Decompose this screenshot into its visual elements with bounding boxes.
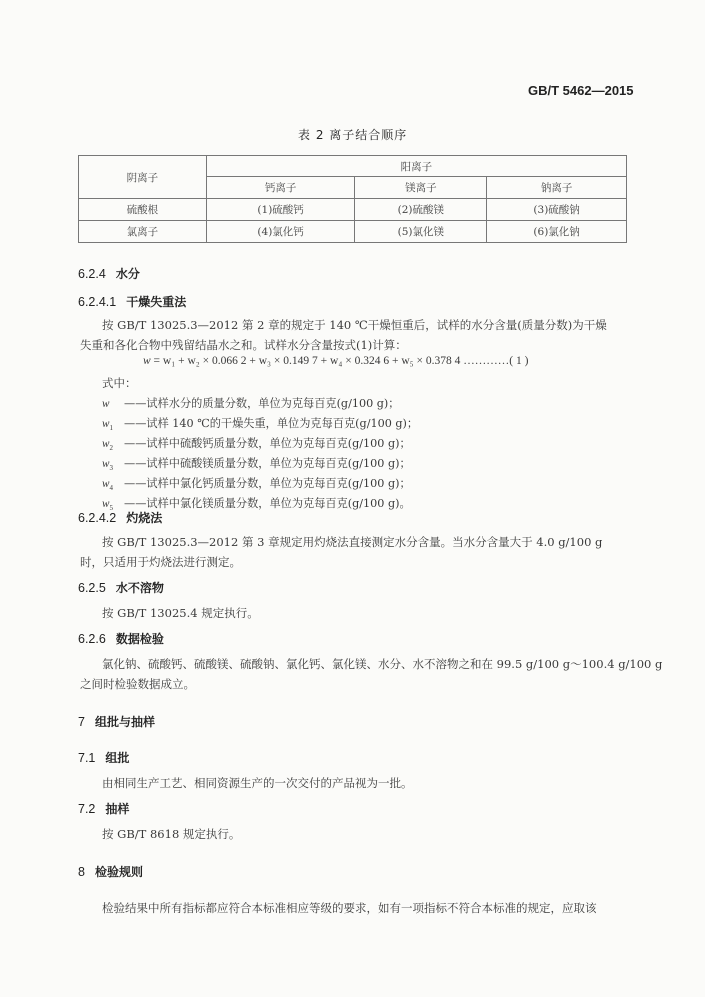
paragraph-line: 时，只适用于灼烧法进行测定。: [80, 552, 241, 572]
section-number: 7: [78, 715, 85, 729]
column-header-calcium: 钙离子: [206, 177, 355, 199]
symbol: w2: [102, 438, 124, 452]
table-cell: (3)硫酸钠: [487, 199, 627, 221]
definition-item: w3——试样中硫酸镁质量分数，单位为克每百克(g/100 g)；: [102, 455, 411, 472]
definition-item: w1——试样 140 ℃的干燥失重，单位为克每百克(g/100 g)；: [102, 415, 418, 432]
section-heading-8: 8检验规则: [78, 863, 143, 880]
section-heading-6-2-4-1: 6.2.4.1干燥失重法: [78, 293, 186, 310]
section-title: 组批: [105, 751, 129, 765]
section-heading-6-2-4-2: 6.2.4.2灼烧法: [78, 509, 162, 526]
table-cell: (6)氯化钠: [487, 221, 627, 243]
paragraph: 按 GB/T 8618 规定执行。: [102, 824, 240, 844]
table-cell: (4)氯化钙: [206, 221, 355, 243]
definition-text: ——试样水分的质量分数，单位为克每百克(g/100 g)；: [124, 397, 399, 410]
table-cell: (1)硫酸钙: [206, 199, 355, 221]
symbol: w1: [102, 418, 124, 432]
section-title: 干燥失重法: [126, 295, 186, 309]
row-header-chloride: 氯离子: [79, 221, 207, 243]
section-title: 数据检验: [116, 632, 164, 646]
section-heading-6-2-6: 6.2.6数据检验: [78, 630, 164, 647]
table-cell: (2)硫酸镁: [355, 199, 487, 221]
column-header-magnesium: 镁离子: [355, 177, 487, 199]
definition-item: w——试样水分的质量分数，单位为克每百克(g/100 g)；: [102, 395, 399, 412]
definition-item: w2——试样中硫酸钙质量分数，单位为克每百克(g/100 g)；: [102, 435, 411, 452]
definition-text: ——试样中氯化镁质量分数，单位为克每百克(g/100 g)。: [124, 497, 411, 510]
definition-text: ——试样 140 ℃的干燥失重，单位为克每百克(g/100 g)；: [124, 417, 418, 430]
paragraph-line: 氯化钠、硫酸钙、硫酸镁、硫酸钠、氯化钙、氯化镁、水分、水不溶物之和在 99.5 …: [102, 654, 662, 674]
definition-text: ——试样中硫酸镁质量分数，单位为克每百克(g/100 g)；: [124, 457, 411, 470]
table-row: 氯离子 (4)氯化钙 (5)氯化镁 (6)氯化钠: [79, 221, 627, 243]
table-row: 硫酸根 (1)硫酸钙 (2)硫酸镁 (3)硫酸钠: [79, 199, 627, 221]
section-heading-6-2-4: 6.2.4水分: [78, 265, 140, 282]
where-label: 式中：: [102, 373, 137, 393]
cation-header: 阳离子: [206, 156, 626, 177]
definition-text: ——试样中氯化钙质量分数，单位为克每百克(g/100 g)；: [124, 477, 411, 490]
formula-lhs: w: [143, 355, 151, 367]
ion-combination-table: 阴离子 阳离子 钙离子 镁离子 钠离子 硫酸根 (1)硫酸钙 (2)硫酸镁 (3…: [78, 155, 627, 243]
paragraph: 由相同生产工艺、相同资源生产的一次交付的产品视为一批。: [102, 773, 413, 793]
section-title: 抽样: [105, 802, 129, 816]
formula-rhs: = w₁ + w₂ × 0.066 2 + w₃ × 0.149 7 + w₄ …: [154, 355, 461, 367]
standard-number-header: GB/T 5462—2015: [528, 83, 634, 98]
formula-label: ( 1 ): [509, 355, 528, 367]
section-title: 检验规则: [95, 865, 143, 879]
row-header-sulfate: 硫酸根: [79, 199, 207, 221]
section-number: 6.2.4.1: [78, 295, 116, 309]
section-number: 7.2: [78, 802, 95, 816]
paragraph-line: 按 GB/T 13025.3—2012 第 2 章的规定于 140 ℃干燥恒重后…: [102, 315, 607, 335]
formula-1: w = w₁ + w₂ × 0.066 2 + w₃ × 0.149 7 + w…: [143, 355, 528, 367]
section-title: 水不溶物: [116, 581, 164, 595]
section-title: 灼烧法: [126, 511, 162, 525]
section-number: 6.2.5: [78, 581, 106, 595]
paragraph: 检验结果中所有指标都应符合本标准相应等级的要求，如有一项指标不符合本标准的规定，…: [102, 898, 597, 918]
section-number: 6.2.4.2: [78, 511, 116, 525]
paragraph: 按 GB/T 13025.4 规定执行。: [102, 603, 259, 623]
paragraph-line: 按 GB/T 13025.3—2012 第 3 章规定用灼烧法直接测定水分含量。…: [102, 532, 602, 552]
definition-item: w4——试样中氯化钙质量分数，单位为克每百克(g/100 g)；: [102, 475, 411, 492]
paragraph-line: 之间时检验数据成立。: [80, 674, 195, 694]
section-number: 6.2.4: [78, 267, 106, 281]
section-title: 组批与抽样: [95, 715, 155, 729]
section-title: 水分: [116, 267, 140, 281]
paragraph-line: 失重和各化合物中残留结晶水之和。试样水分含量按式(1)计算：: [80, 335, 407, 355]
definition-text: ——试样中硫酸钙质量分数，单位为克每百克(g/100 g)；: [124, 437, 411, 450]
section-number: 8: [78, 865, 85, 879]
symbol: w4: [102, 478, 124, 492]
symbol: w: [102, 398, 124, 412]
section-number: 7.1: [78, 751, 95, 765]
section-heading-7: 7组批与抽样: [78, 713, 155, 730]
section-number: 6.2.6: [78, 632, 106, 646]
formula-leader: …………: [463, 355, 509, 367]
symbol: w3: [102, 458, 124, 472]
anion-header: 阴离子: [79, 156, 207, 199]
table-caption: 表 2 离子结合顺序: [298, 126, 407, 143]
section-heading-7-1: 7.1组批: [78, 749, 129, 766]
section-heading-7-2: 7.2抽样: [78, 800, 129, 817]
section-heading-6-2-5: 6.2.5水不溶物: [78, 579, 164, 596]
column-header-sodium: 钠离子: [487, 177, 627, 199]
table-cell: (5)氯化镁: [355, 221, 487, 243]
